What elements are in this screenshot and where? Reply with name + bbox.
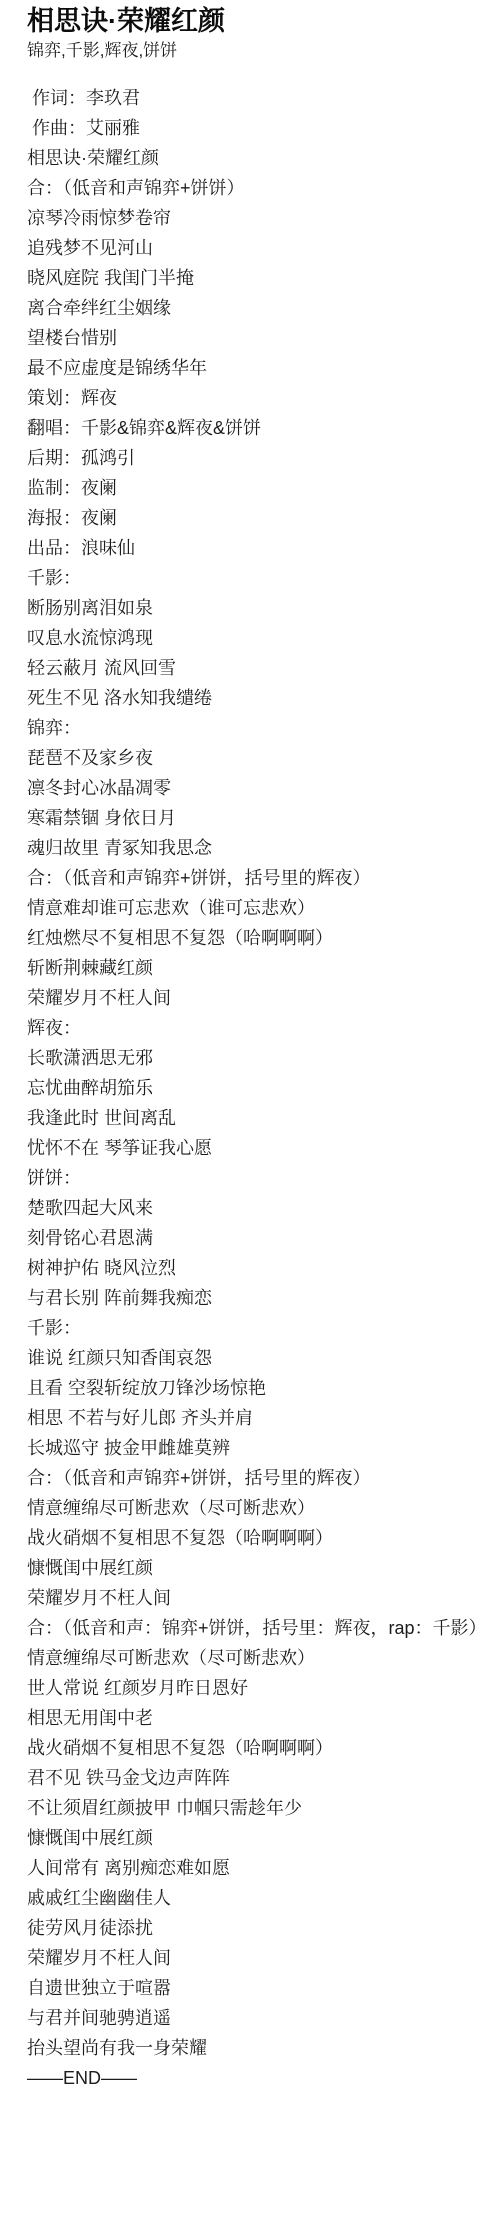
lyric-line: 作曲：艾丽雅 — [27, 113, 500, 143]
lyric-line: 我逢此时 世间离乱 — [27, 1103, 500, 1133]
lyric-line: 出品：浪味仙 — [27, 533, 500, 563]
lyric-line: 晓风庭院 我闺门半掩 — [27, 263, 500, 293]
lyric-line: 荣耀岁月不枉人间 — [27, 1943, 500, 1973]
lyric-line: 合：（低音和声锦弈+饼饼） — [27, 173, 500, 203]
lyric-line: 追残梦不见河山 — [27, 233, 500, 263]
lyric-line: 寒霜禁锢 身依日月 — [27, 803, 500, 833]
lyric-line: 策划：辉夜 — [27, 383, 500, 413]
lyric-line: 琵琶不及家乡夜 — [27, 743, 500, 773]
lyric-line: 与君并间驰骋逍遥 — [27, 2003, 500, 2033]
lyric-line: 与君长别 阵前舞我痴恋 — [27, 1283, 500, 1313]
lyric-line: 翻唱：千影&锦弈&辉夜&饼饼 — [27, 413, 500, 443]
lyric-line: 君不见 铁马金戈边声阵阵 — [27, 1763, 500, 1793]
lyrics-page: 相思诀·荣耀红颜 锦弈,千影,辉夜,饼饼 作词：李玖君 作曲：艾丽雅相思诀·荣耀… — [0, 0, 500, 2093]
lyric-line: 辉夜： — [27, 1013, 500, 1043]
lyric-line: 斩断荆棘藏红颜 — [27, 953, 500, 983]
lyric-line: 情意缠绵尽可断悲欢（尽可断悲欢） — [27, 1643, 500, 1673]
lyric-line: 合：（低音和声锦弈+饼饼，括号里的辉夜） — [27, 863, 500, 893]
lyric-line: 且看 空裂斩绽放刀锋沙场惊艳 — [27, 1373, 500, 1403]
lyric-line: 荣耀岁月不枉人间 — [27, 1583, 500, 1613]
lyrics-body: 作词：李玖君 作曲：艾丽雅相思诀·荣耀红颜合：（低音和声锦弈+饼饼）凉琴冷雨惊梦… — [27, 83, 500, 2093]
lyric-line: 相思无用闺中老 — [27, 1703, 500, 1733]
lyric-line: 望楼台惜别 — [27, 323, 500, 353]
lyric-line: 忘忧曲醉胡笳乐 — [27, 1073, 500, 1103]
lyric-line: 戚戚红尘幽幽佳人 — [27, 1883, 500, 1913]
lyric-line: 战火硝烟不复相思不复怨（哈啊啊啊） — [27, 1523, 500, 1553]
lyric-line: 锦弈： — [27, 713, 500, 743]
lyric-line: 海报：夜阑 — [27, 503, 500, 533]
lyric-line: 叹息水流惊鸿现 — [27, 623, 500, 653]
lyric-line: 魂归故里 青冢知我思念 — [27, 833, 500, 863]
lyric-line: 断肠别离泪如泉 — [27, 593, 500, 623]
page-title: 相思诀·荣耀红颜 — [27, 2, 500, 40]
lyric-line: 监制：夜阑 — [27, 473, 500, 503]
lyric-line: 刻骨铭心君恩满 — [27, 1223, 500, 1253]
lyric-line: 相思诀·荣耀红颜 — [27, 143, 500, 173]
lyric-line: 最不应虚度是锦绣华年 — [27, 353, 500, 383]
lyric-line: 千影： — [27, 563, 500, 593]
lyric-line: 离合牵绊红尘姻缘 — [27, 293, 500, 323]
page-subtitle: 锦弈,千影,辉夜,饼饼 — [27, 40, 500, 62]
lyric-line: 谁说 红颜只知香闺哀怨 — [27, 1343, 500, 1373]
lyric-line: 千影： — [27, 1313, 500, 1343]
lyric-line: 合：（低音和声锦弈+饼饼，括号里的辉夜） — [27, 1463, 500, 1493]
lyric-line: ——END—— — [27, 2063, 500, 2093]
lyric-line: 忧怀不在 琴筝证我心愿 — [27, 1133, 500, 1163]
lyric-line: 荣耀岁月不枉人间 — [27, 983, 500, 1013]
lyric-line: 作词：李玖君 — [27, 83, 500, 113]
lyric-line: 后期：孤鸿引 — [27, 443, 500, 473]
lyric-line: 凉琴冷雨惊梦卷帘 — [27, 203, 500, 233]
lyric-line: 饼饼： — [27, 1163, 500, 1193]
lyric-line: 自遗世独立于喧嚣 — [27, 1973, 500, 2003]
lyric-line: 轻云蔽月 流风回雪 — [27, 653, 500, 683]
lyric-line: 情意难却谁可忘悲欢（谁可忘悲欢） — [27, 893, 500, 923]
lyric-line: 红烛燃尽不复相思不复怨（哈啊啊啊） — [27, 923, 500, 953]
lyric-line: 慷慨闺中展红颜 — [27, 1553, 500, 1583]
lyric-line: 长歌潇洒思无邪 — [27, 1043, 500, 1073]
lyric-line: 长城巡守 披金甲雌雄莫辨 — [27, 1433, 500, 1463]
lyric-line: 抬头望尚有我一身荣耀 — [27, 2033, 500, 2063]
lyric-line: 凛冬封心冰晶凋零 — [27, 773, 500, 803]
lyric-line: 树神护佑 晓风泣烈 — [27, 1253, 500, 1283]
lyric-line: 不让须眉红颜披甲 巾帼只需趁年少 — [27, 1793, 500, 1823]
lyric-line: 慷慨闺中展红颜 — [27, 1823, 500, 1853]
lyric-line: 楚歌四起大风来 — [27, 1193, 500, 1223]
lyric-line: 世人常说 红颜岁月昨日恩好 — [27, 1673, 500, 1703]
lyric-line: 徒劳风月徒添扰 — [27, 1913, 500, 1943]
lyric-line: 战火硝烟不复相思不复怨（哈啊啊啊） — [27, 1733, 500, 1763]
lyric-line: 情意缠绵尽可断悲欢（尽可断悲欢） — [27, 1493, 500, 1523]
lyric-line: 相思 不若与好儿郎 齐头并肩 — [27, 1403, 500, 1433]
lyric-line: 人间常有 离别痴恋难如愿 — [27, 1853, 500, 1883]
lyric-line: 合：（低音和声：锦弈+饼饼，括号里：辉夜，rap：千影） — [27, 1613, 500, 1643]
lyric-line: 死生不见 洛水知我缱绻 — [27, 683, 500, 713]
